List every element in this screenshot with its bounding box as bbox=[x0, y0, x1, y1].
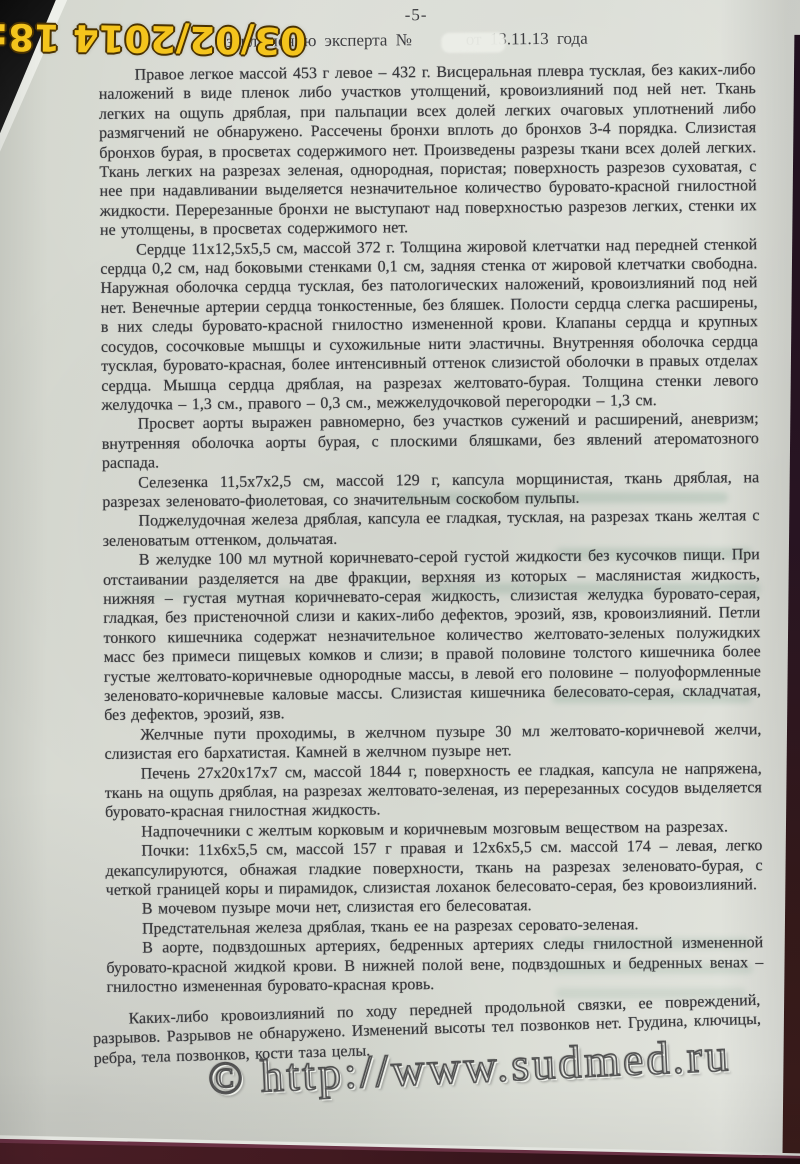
paragraph-vessels: В аорте, подвздошных артериях, бедренных… bbox=[106, 933, 763, 997]
page-number: -5- bbox=[356, 5, 476, 26]
camera-timestamp: 03/02/2014 18:1 bbox=[0, 6, 306, 63]
paragraph-bile-ducts: Желчные пути проходимы, в желчном пузыре… bbox=[104, 720, 761, 765]
paragraph-liver: Печень 27х20х17х7 см, массой 1844 г, пов… bbox=[105, 759, 762, 823]
paragraph-pancreas: Поджелудочная железа дряблая, капсула ее… bbox=[102, 507, 759, 552]
paragraph-heart: Сердце 11х12,5х5,5 см, массой 372 г. Тол… bbox=[100, 235, 758, 415]
document-photo: -5- заключению эксперта №от 13.11.13 год… bbox=[0, 0, 800, 1164]
paragraph-stomach-intestines: В желудке 100 мл мутной коричневато-серо… bbox=[103, 545, 761, 725]
redaction-smudge bbox=[441, 32, 505, 53]
paragraph-spleen: Селезенка 11,5х7х2,5 см, массой 129 г, к… bbox=[102, 468, 759, 513]
page-content: -5- заключению эксперта №от 13.11.13 год… bbox=[0, 0, 800, 1164]
paragraph-aorta: Просвет аорты выражен равномерно, без уч… bbox=[102, 409, 759, 473]
report-body: Правое легкое массой 453 г левое – 432 г… bbox=[99, 60, 765, 1055]
paragraph-kidneys: Почки: 11х6х5,5 см, массой 157 г правая … bbox=[105, 836, 762, 900]
paragraph-lungs: Правое легкое массой 453 г левое – 432 г… bbox=[99, 60, 757, 240]
